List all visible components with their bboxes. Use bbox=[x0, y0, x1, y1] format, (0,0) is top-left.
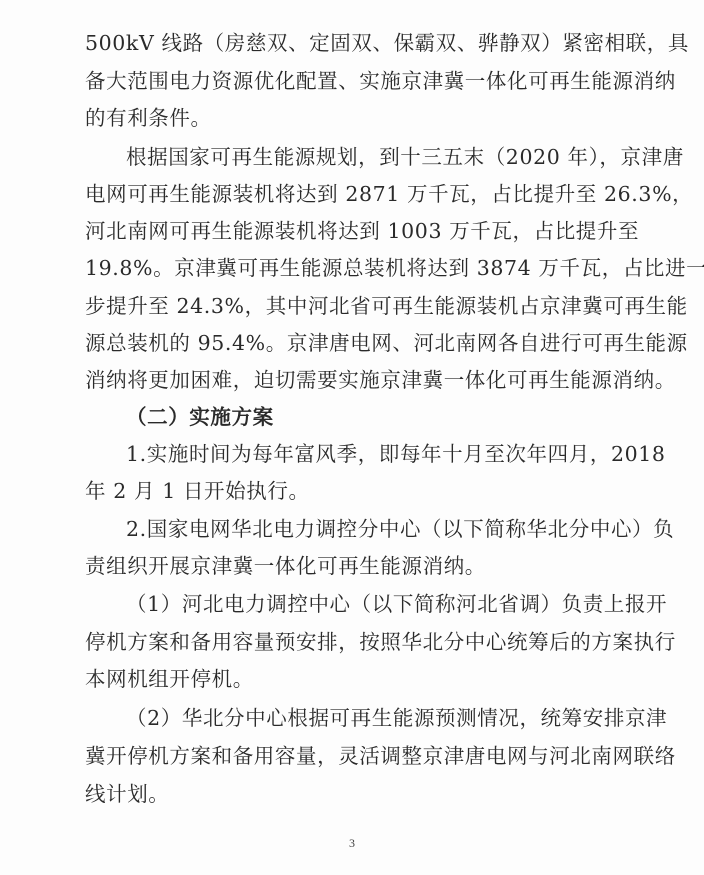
text-line: 年 2 月 1 日开始执行。 bbox=[85, 476, 619, 506]
text-line: （1）河北电力调控中心（以下简称河北省调）负责上报开 bbox=[126, 589, 619, 619]
text-line: 冀开停机方案和备用容量，灵活调整京津唐电网与河北南网联络 bbox=[85, 741, 619, 771]
section-heading: （二）实施方案 bbox=[126, 402, 619, 432]
text-line: 500kV 线路（房慈双、定固双、保霸双、骅静双）紧密相联，具 bbox=[85, 28, 619, 58]
text-line: 步提升至 24.3%，其中河北省可再生能源装机占京津冀可再生能 bbox=[85, 291, 619, 321]
page-number: 3 bbox=[0, 836, 704, 851]
text-line: 责组织开展京津冀一体化可再生能源消纳。 bbox=[85, 551, 619, 581]
text-line: 备大范围电力资源优化配置、实施京津冀一体化可再生能源消纳 bbox=[85, 66, 619, 96]
text-line: 源总装机的 95.4%。京津唐电网、河北南网各自进行可再生能源 bbox=[85, 328, 619, 358]
text-line: 2.国家电网华北电力调控分中心（以下简称华北分中心）负 bbox=[126, 514, 619, 544]
text-line: 根据国家可再生能源规划，到十三五末（2020 年），京津唐 bbox=[126, 142, 619, 172]
text-line: 线计划。 bbox=[85, 779, 619, 809]
text-line: 消纳将更加困难，迫切需要实施京津冀一体化可再生能源消纳。 bbox=[85, 365, 619, 395]
text-line: （2）华北分中心根据可再生能源预测情况，统筹安排京津 bbox=[126, 703, 619, 733]
text-line: 电网可再生能源装机将达到 2871 万千瓦，占比提升至 26.3%， bbox=[85, 179, 619, 209]
text-line: 的有利条件。 bbox=[85, 103, 619, 133]
text-line: 19.8%。京津冀可再生能源总装机将达到 3874 万千瓦，占比进一 bbox=[85, 253, 619, 283]
document-page: 500kV 线路（房慈双、定固双、保霸双、骅静双）紧密相联，具备大范围电力资源优… bbox=[0, 0, 704, 875]
text-line: 停机方案和备用容量预安排，按照华北分中心统筹后的方案执行 bbox=[85, 627, 619, 657]
text-line: 1.实施时间为每年富风季，即每年十月至次年四月，2018 bbox=[126, 439, 619, 469]
text-line: 本网机组开停机。 bbox=[85, 664, 619, 694]
text-line: 河北南网可再生能源装机将达到 1003 万千瓦，占比提升至 bbox=[85, 216, 619, 246]
